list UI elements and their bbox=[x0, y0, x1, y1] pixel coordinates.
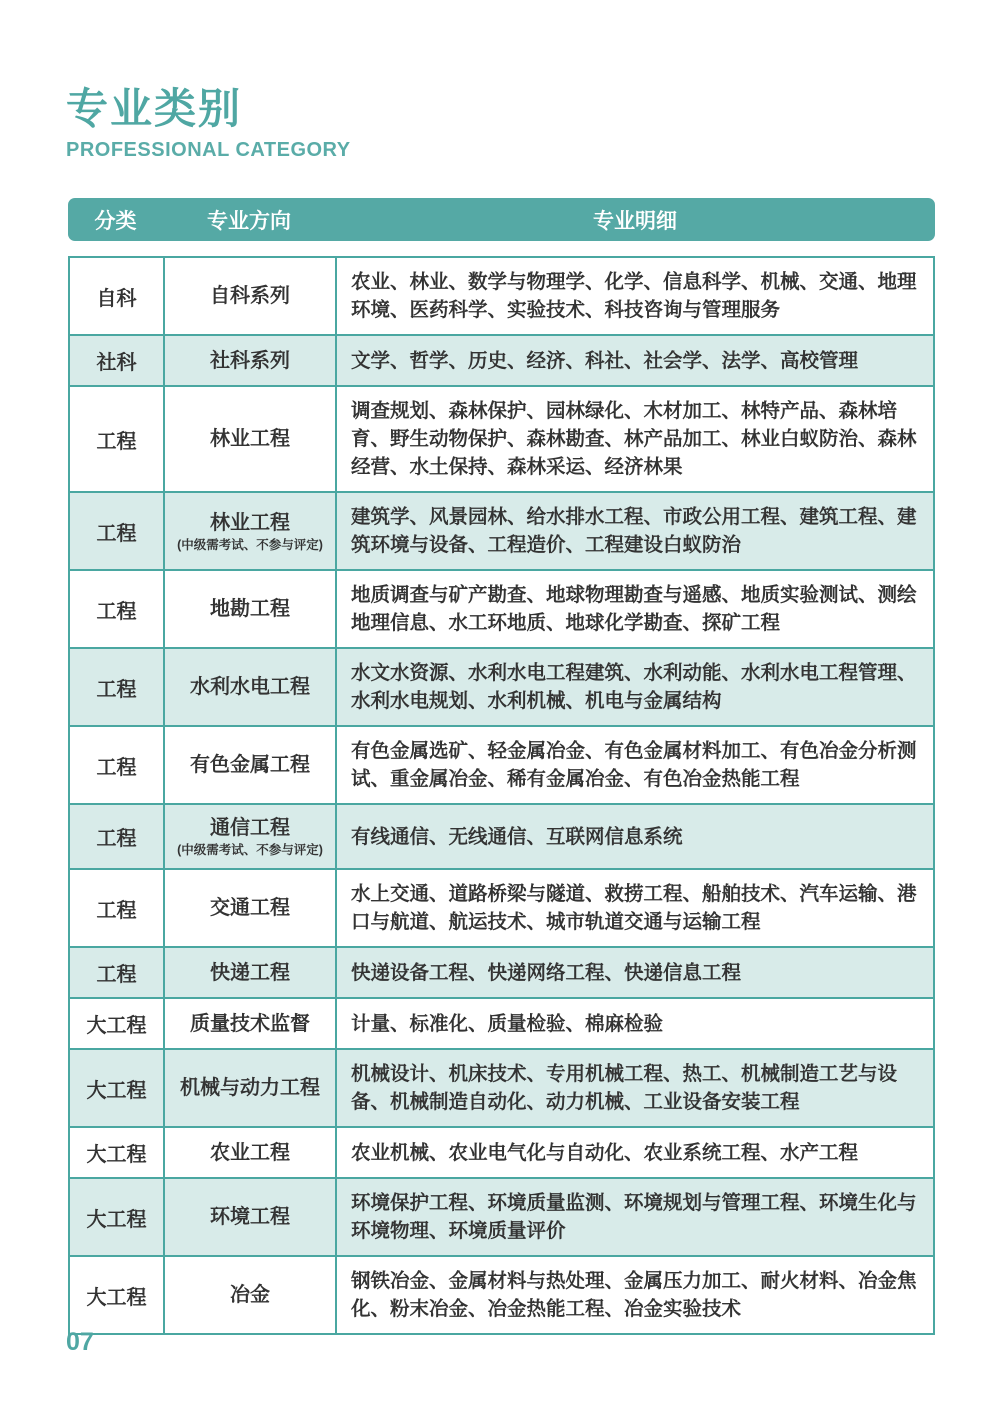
detail-cell: 钢铁冶金、金属材料与热处理、金属压力加工、耐火材料、冶金焦化、粉末冶金、冶金热能… bbox=[337, 1257, 933, 1333]
detail-cell: 地质调查与矿产勘查、地球物理勘查与遥感、地质实验测试、测绘地理信息、水工环地质、… bbox=[337, 571, 933, 647]
table-row: 大工程 农业工程 农业机械、农业电气化与自动化、农业系统工程、水产工程 bbox=[70, 1126, 933, 1177]
category-cell: 大工程 bbox=[70, 1050, 165, 1126]
table-row: 工程 水利水电工程 水文水资源、水利水电工程建筑、水利动能、水利水电工程管理、水… bbox=[70, 647, 933, 725]
column-header-category: 分类 bbox=[68, 205, 163, 235]
direction-label: 有色金属工程 bbox=[190, 752, 310, 778]
page-number: 07 bbox=[66, 1328, 94, 1357]
direction-label: 质量技术监督 bbox=[190, 1011, 310, 1037]
table-body: 自科 自科系列 农业、林业、数学与物理学、化学、信息科学、机械、交通、地理环境、… bbox=[68, 256, 935, 1335]
detail-cell: 环境保护工程、环境质量监测、环境规划与管理工程、环境生化与环境物理、环境质量评价 bbox=[337, 1179, 933, 1255]
detail-cell: 文学、哲学、历史、经济、科社、社会学、法学、高校管理 bbox=[337, 336, 933, 385]
category-cell: 工程 bbox=[70, 493, 165, 569]
direction-label: 林业工程 bbox=[210, 510, 290, 536]
category-cell: 工程 bbox=[70, 727, 165, 803]
direction-cell: 水利水电工程 bbox=[165, 649, 337, 725]
table-row: 工程 林业工程 调查规划、森林保护、园林绿化、木材加工、林特产品、森林培育、野生… bbox=[70, 385, 933, 491]
table-row: 工程 通信工程 (中级需考试、不参与评定) 有线通信、无线通信、互联网信息系统 bbox=[70, 803, 933, 868]
detail-cell: 农业机械、农业电气化与自动化、农业系统工程、水产工程 bbox=[337, 1128, 933, 1177]
table-row: 大工程 质量技术监督 计量、标准化、质量检验、棉麻检验 bbox=[70, 997, 933, 1048]
column-header-detail: 专业明细 bbox=[335, 205, 935, 235]
direction-cell: 质量技术监督 bbox=[165, 999, 337, 1048]
category-cell: 工程 bbox=[70, 387, 165, 491]
table-row: 工程 交通工程 水上交通、道路桥梁与隧道、救捞工程、船舶技术、汽车运输、港口与航… bbox=[70, 868, 933, 946]
direction-label: 冶金 bbox=[230, 1282, 270, 1308]
direction-cell: 林业工程 (中级需考试、不参与评定) bbox=[165, 493, 337, 569]
category-cell: 大工程 bbox=[70, 1179, 165, 1255]
detail-cell: 建筑学、风景园林、给水排水工程、市政公用工程、建筑工程、建筑环境与设备、工程造价… bbox=[337, 493, 933, 569]
document-page: 专业类别 PROFESSIONAL CATEGORY 分类 专业方向 专业明细 … bbox=[0, 0, 1000, 1413]
table-row: 自科 自科系列 农业、林业、数学与物理学、化学、信息科学、机械、交通、地理环境、… bbox=[70, 258, 933, 334]
detail-cell: 水文水资源、水利水电工程建筑、水利动能、水利水电工程管理、水利水电规划、水利机械… bbox=[337, 649, 933, 725]
page-title: 专业类别 bbox=[66, 86, 351, 132]
direction-label: 社科系列 bbox=[210, 348, 290, 374]
category-cell: 工程 bbox=[70, 870, 165, 946]
detail-cell: 计量、标准化、质量检验、棉麻检验 bbox=[337, 999, 933, 1048]
category-cell: 工程 bbox=[70, 571, 165, 647]
category-cell: 大工程 bbox=[70, 1128, 165, 1177]
detail-cell: 有色金属选矿、轻金属冶金、有色金属材料加工、有色冶金分析测试、重金属冶金、稀有金… bbox=[337, 727, 933, 803]
direction-note: (中级需考试、不参与评定) bbox=[177, 537, 323, 553]
title-block: 专业类别 PROFESSIONAL CATEGORY bbox=[66, 86, 351, 162]
direction-cell: 环境工程 bbox=[165, 1179, 337, 1255]
direction-label: 机械与动力工程 bbox=[180, 1075, 320, 1101]
page-subtitle: PROFESSIONAL CATEGORY bbox=[66, 139, 351, 162]
direction-label: 交通工程 bbox=[210, 895, 290, 921]
direction-cell: 快递工程 bbox=[165, 948, 337, 997]
detail-cell: 水上交通、道路桥梁与隧道、救捞工程、船舶技术、汽车运输、港口与航道、航运技术、城… bbox=[337, 870, 933, 946]
category-cell: 社科 bbox=[70, 336, 165, 385]
table-row: 工程 地勘工程 地质调查与矿产勘查、地球物理勘查与遥感、地质实验测试、测绘地理信… bbox=[70, 569, 933, 647]
table-row: 工程 有色金属工程 有色金属选矿、轻金属冶金、有色金属材料加工、有色冶金分析测试… bbox=[70, 725, 933, 803]
category-cell: 大工程 bbox=[70, 1257, 165, 1333]
direction-cell: 林业工程 bbox=[165, 387, 337, 491]
direction-note: (中级需考试、不参与评定) bbox=[177, 842, 323, 858]
direction-cell: 交通工程 bbox=[165, 870, 337, 946]
table-row: 大工程 机械与动力工程 机械设计、机床技术、专用机械工程、热工、机械制造工艺与设… bbox=[70, 1048, 933, 1126]
direction-cell: 社科系列 bbox=[165, 336, 337, 385]
direction-label: 水利水电工程 bbox=[190, 674, 310, 700]
table-row: 社科 社科系列 文学、哲学、历史、经济、科社、社会学、法学、高校管理 bbox=[70, 334, 933, 385]
direction-label: 地勘工程 bbox=[210, 596, 290, 622]
category-cell: 自科 bbox=[70, 258, 165, 334]
table-row: 工程 林业工程 (中级需考试、不参与评定) 建筑学、风景园林、给水排水工程、市政… bbox=[70, 491, 933, 569]
direction-label: 通信工程 bbox=[210, 815, 290, 841]
table-header: 分类 专业方向 专业明细 bbox=[68, 198, 935, 241]
direction-cell: 机械与动力工程 bbox=[165, 1050, 337, 1126]
direction-cell: 冶金 bbox=[165, 1257, 337, 1333]
detail-cell: 快递设备工程、快递网络工程、快递信息工程 bbox=[337, 948, 933, 997]
direction-label: 农业工程 bbox=[210, 1140, 290, 1166]
detail-cell: 有线通信、无线通信、互联网信息系统 bbox=[337, 805, 933, 868]
category-cell: 工程 bbox=[70, 948, 165, 997]
direction-cell: 农业工程 bbox=[165, 1128, 337, 1177]
detail-cell: 机械设计、机床技术、专用机械工程、热工、机械制造工艺与设备、机械制造自动化、动力… bbox=[337, 1050, 933, 1126]
category-cell: 大工程 bbox=[70, 999, 165, 1048]
column-header-direction: 专业方向 bbox=[163, 205, 335, 235]
table-row: 工程 快递工程 快递设备工程、快递网络工程、快递信息工程 bbox=[70, 946, 933, 997]
direction-cell: 通信工程 (中级需考试、不参与评定) bbox=[165, 805, 337, 868]
direction-label: 环境工程 bbox=[210, 1204, 290, 1230]
category-cell: 工程 bbox=[70, 649, 165, 725]
direction-label: 快递工程 bbox=[210, 960, 290, 986]
direction-label: 林业工程 bbox=[210, 426, 290, 452]
table-row: 大工程 冶金 钢铁冶金、金属材料与热处理、金属压力加工、耐火材料、冶金焦化、粉末… bbox=[70, 1255, 933, 1333]
direction-label: 自科系列 bbox=[210, 283, 290, 309]
category-cell: 工程 bbox=[70, 805, 165, 868]
direction-cell: 自科系列 bbox=[165, 258, 337, 334]
direction-cell: 地勘工程 bbox=[165, 571, 337, 647]
detail-cell: 调查规划、森林保护、园林绿化、木材加工、林特产品、森林培育、野生动物保护、森林勘… bbox=[337, 387, 933, 491]
direction-cell: 有色金属工程 bbox=[165, 727, 337, 803]
table-row: 大工程 环境工程 环境保护工程、环境质量监测、环境规划与管理工程、环境生化与环境… bbox=[70, 1177, 933, 1255]
detail-cell: 农业、林业、数学与物理学、化学、信息科学、机械、交通、地理环境、医药科学、实验技… bbox=[337, 258, 933, 334]
